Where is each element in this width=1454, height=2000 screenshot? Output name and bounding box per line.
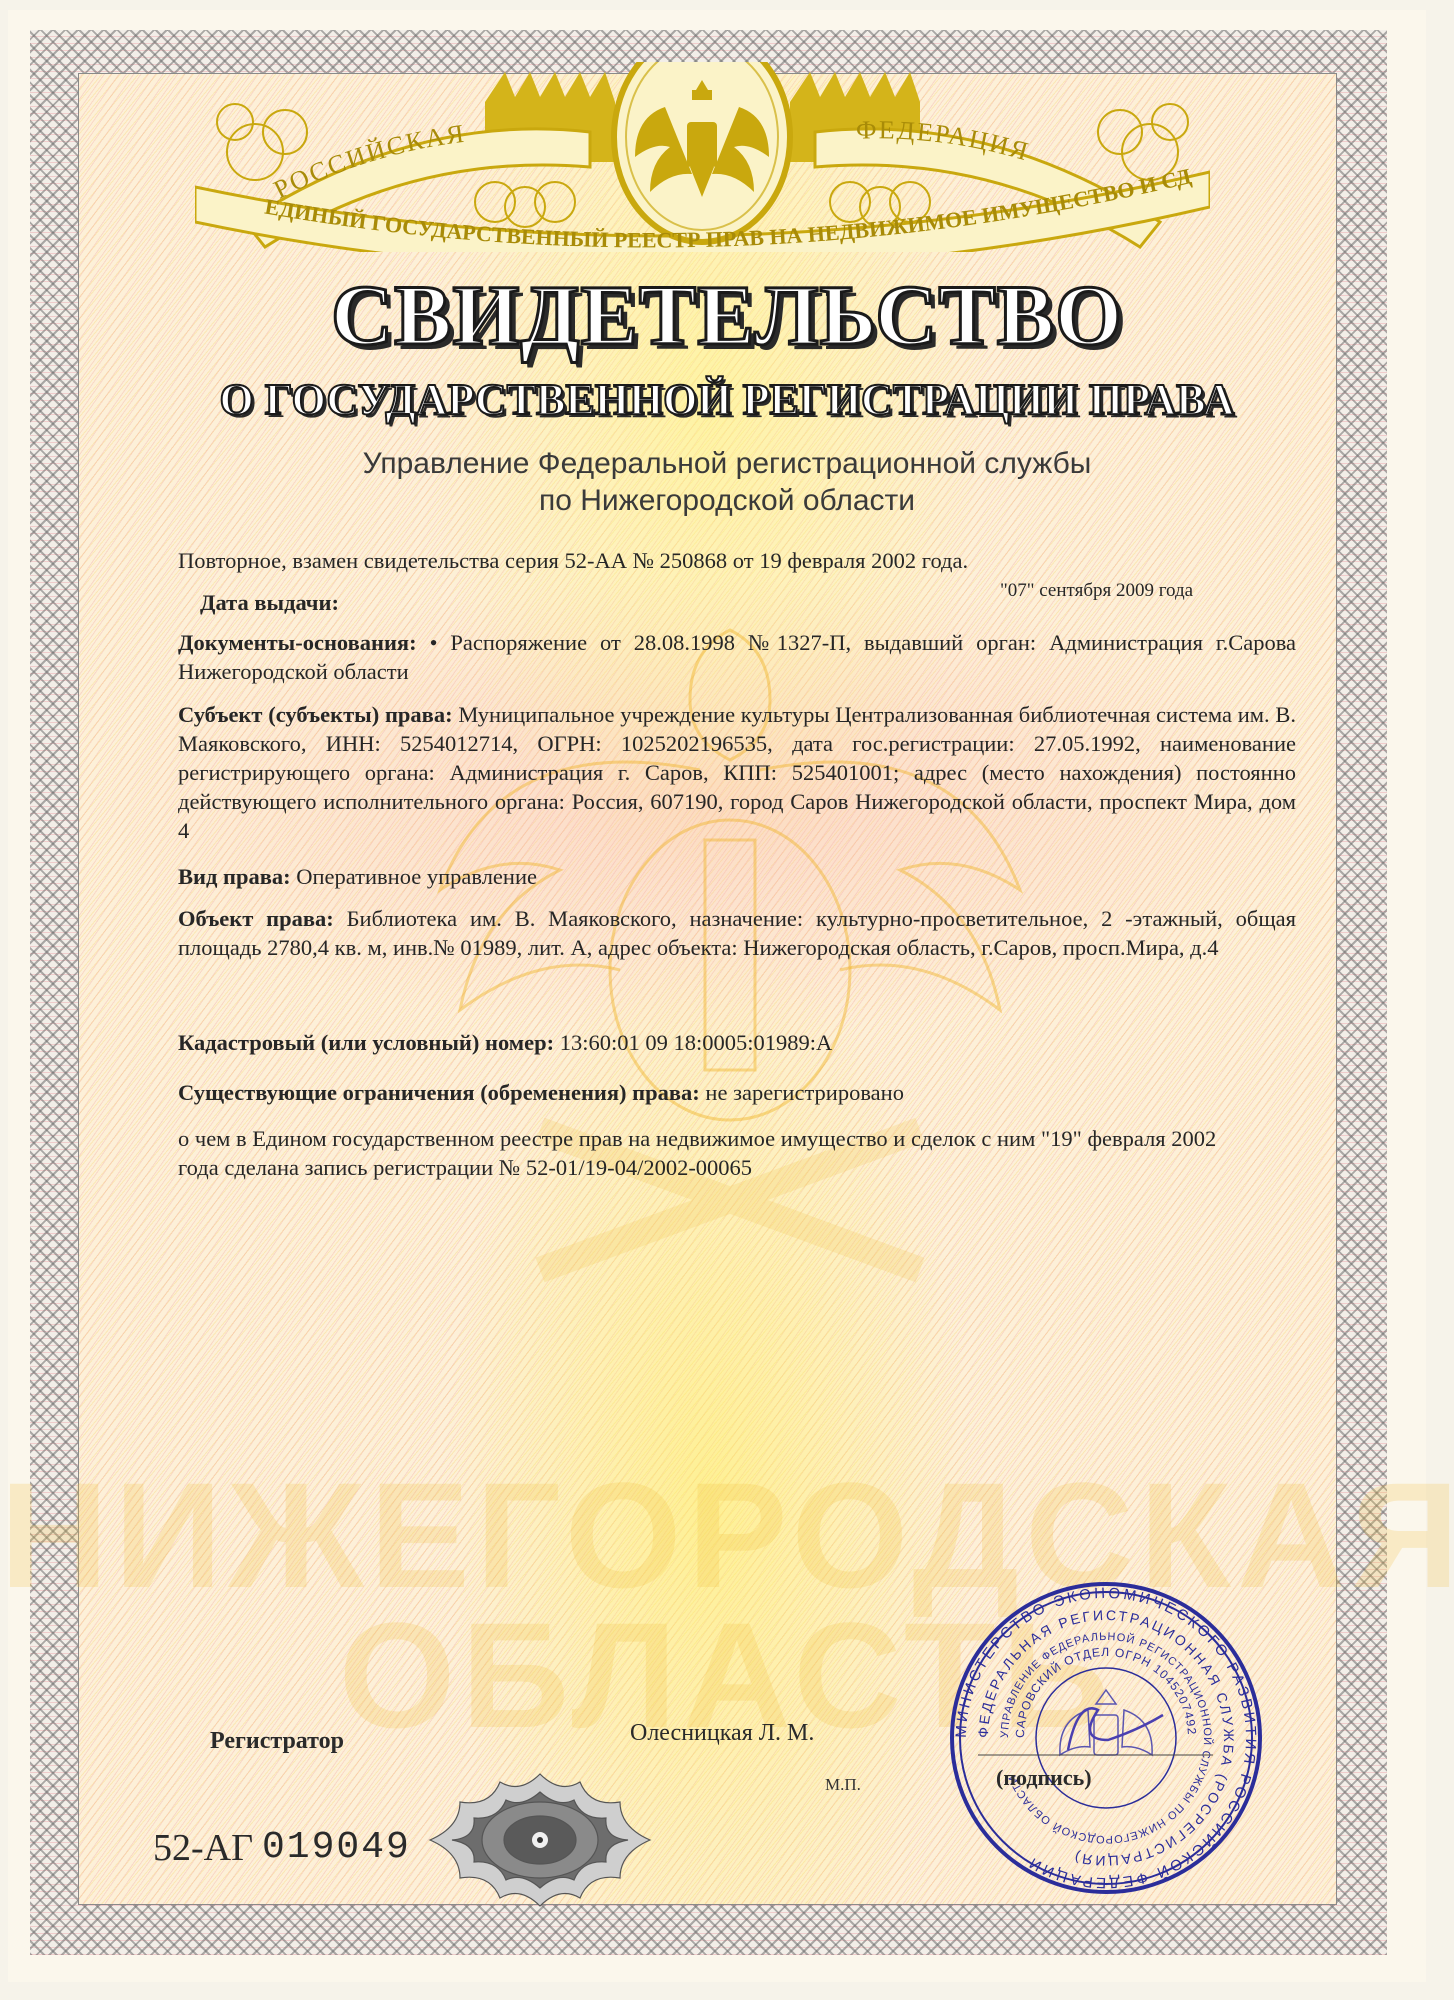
object-of-right: Объект права: Библиотека им. В. Маяковск…	[178, 904, 1296, 962]
encumbrances: Существующие ограничения (обременения) п…	[178, 1080, 904, 1106]
right-holder-label: Субъект (субъекты) права:	[178, 702, 453, 727]
documents-basis: Документы-основания: • Распоряжение от 2…	[178, 628, 1296, 686]
agency-name-line-2: по Нижегородской области	[0, 483, 1454, 519]
guilloche-rosette-icon	[420, 1770, 660, 1910]
svg-text:МИНИСТЕРСТВО ЭКОНОМИЧЕСКОГО РА: МИНИСТЕРСТВО ЭКОНОМИЧЕСКОГО РАЗВИТИЯ РОС…	[953, 1585, 1259, 1891]
issue-date-label: Дата выдачи:	[200, 590, 339, 616]
object-value: Библиотека им. В. Маяковского, назначени…	[178, 906, 1296, 960]
agency-name-line-1: Управление Федеральной регистрационной с…	[0, 446, 1454, 482]
right-type: Вид права: Оперативное управление	[178, 862, 1296, 891]
object-label: Объект права:	[178, 906, 334, 931]
cadastral-label: Кадастровый (или условный) номер:	[178, 1030, 554, 1055]
right-holder: Субъект (субъекты) права: Муниципальное …	[178, 700, 1296, 845]
svg-text:УПРАВЛЕНИЕ ФЕДЕРАЛЬНОЙ РЕГИСТР: УПРАВЛЕНИЕ ФЕДЕРАЛЬНОЙ РЕГИСТРАЦИОННОЙ С…	[999, 1631, 1214, 1845]
reissue-note: Повторное, взамен свидетельства серия 52…	[178, 548, 968, 574]
right-type-value: Оперативное управление	[296, 864, 537, 889]
signature-caption: (подпись)	[996, 1765, 1092, 1791]
header-emblem: РОССИЙСКАЯ ФЕДЕРАЦИЯ ЕДИНЫЙ ГОСУДАРСТВЕН…	[195, 62, 1210, 252]
eagle-seal-icon	[1060, 1690, 1152, 1755]
encumbrance-value: не зарегистрировано	[705, 1080, 904, 1105]
certificate-title: СВИДЕТЕЛЬСТВО	[0, 272, 1454, 358]
registrar-name: Олесницкая Л. М.	[630, 1720, 814, 1747]
registry-note: о чем в Едином государственном реестре п…	[178, 1124, 1238, 1182]
documents-basis-label: Документы-основания:	[178, 630, 417, 655]
form-series: 52-АГ	[153, 1826, 253, 1870]
official-seal-stamp: МИНИСТЕРСТВО ЭКОНОМИЧЕСКОГО РАЗВИТИЯ РОС…	[948, 1580, 1264, 1896]
eagle-watermark-icon	[420, 570, 1040, 1370]
cadastral-number: Кадастровый (или условный) номер: 13:60:…	[178, 1030, 832, 1056]
cadastral-value: 13:60:01 09 18:0005:01989:А	[560, 1030, 833, 1055]
registrar-label: Регистратор	[210, 1728, 344, 1755]
right-type-label: Вид права:	[178, 864, 291, 889]
issue-date-value: "07" сентября 2009 года	[1000, 580, 1193, 602]
certificate-subtitle: О ГОСУДАРСТВЕННОЙ РЕГИСТРАЦИИ ПРАВА	[0, 378, 1454, 422]
seal-mark: М.П.	[825, 1775, 861, 1795]
emblem-ribbon-graphic: РОССИЙСКАЯ ФЕДЕРАЦИЯ ЕДИНЫЙ ГОСУДАРСТВЕН…	[195, 62, 1210, 252]
encumbrance-label: Существующие ограничения (обременения) п…	[178, 1080, 700, 1105]
form-serial-number: 019049	[262, 1826, 411, 1869]
